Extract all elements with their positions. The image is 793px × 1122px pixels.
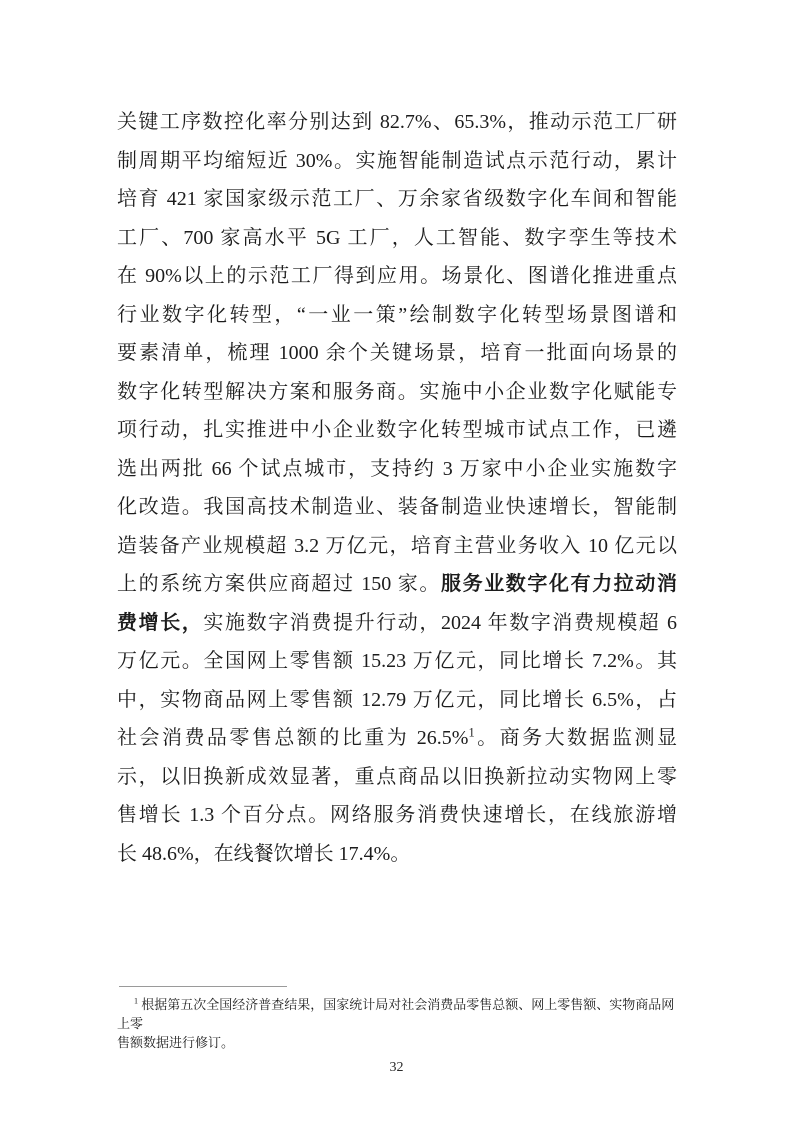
footnote: 1 根据第五次全国经济普查结果，国家统计局对社会消费品零售总额、网上零售额、实物… [117,995,677,1052]
text-segment: 培育 421 家国家级示范工厂、万余家省级数字化车间和智能 [117,188,677,210]
body-text-line: 化改造。我国高技术制造业、装备制造业快速增长，智能制 [117,488,677,527]
text-segment: 实施数字消费提升行动，2024 年数字消费规模超 6 [203,612,677,634]
body-text-line: 售增长 1.3 个百分点。网络服务消费快速增长，在线旅游增 [117,796,677,835]
body-text-line: 制周期平均缩短近 30%。实施智能制造试点示范行动，累计 [117,142,677,181]
footnote-line: 1 根据第五次全国经济普查结果，国家统计局对社会消费品零售总额、网上零售额、实物… [117,995,677,1033]
body-text-line: 要素清单，梳理 1000 余个关键场景，培育一批面向场景的 [117,334,677,373]
text-segment: 售额数据进行修订。 [117,1035,234,1050]
text-segment: 上的系统方案供应商超过 150 家。 [117,573,441,595]
footnote-separator [119,986,287,987]
body-text-line: 选出两批 66 个试点城市，支持约 3 万家中小企业实施数字 [117,450,677,489]
text-segment: 社会消费品零售总额的比重为 26.5% [117,727,468,749]
text-segment: 关键工序数控化率分别达到 82.7%、65.3%，推动示范工厂研 [117,111,677,133]
text-segment: 选出两批 66 个试点城市，支持约 3 万家中小企业实施数字 [117,458,677,480]
body-text: 关键工序数控化率分别达到 82.7%、65.3%，推动示范工厂研制周期平均缩短近… [117,103,677,873]
text-segment: 项行动，扎实推进中小企业数字化转型城市试点工作，已遴 [117,419,677,441]
body-text-line: 行业数字化转型，“一业一策”绘制数字化转型场景图谱和 [117,296,677,335]
body-text-line: 数字化转型解决方案和服务商。实施中小企业数字化赋能专 [117,373,677,412]
bold-emphasis-text: 服务业数字化有力拉动消 [441,573,677,595]
body-text-line: 项行动，扎实推进中小企业数字化转型城市试点工作，已遴 [117,411,677,450]
text-segment: 售增长 1.3 个百分点。网络服务消费快速增长，在线旅游增 [117,804,677,826]
body-text-line: 上的系统方案供应商超过 150 家。服务业数字化有力拉动消 [117,565,677,604]
text-segment: 万亿元。全国网上零售额 15.23 万亿元，同比增长 7.2%。其 [117,650,677,672]
bold-emphasis-text: 费增长， [117,612,203,634]
text-segment: 示，以旧换新成效显著，重点商品以旧换新拉动实物网上零 [117,766,677,788]
body-text-line: 社会消费品零售总额的比重为 26.5%1。商务大数据监测显 [117,719,677,758]
body-text-line: 费增长，实施数字消费提升行动，2024 年数字消费规模超 6 [117,604,677,643]
document-page: 关键工序数控化率分别达到 82.7%、65.3%，推动示范工厂研制周期平均缩短近… [0,0,793,1122]
text-segment: 在 90%以上的示范工厂得到应用。场景化、图谱化推进重点 [117,265,677,287]
body-text-line: 工厂、700 家高水平 5G 工厂，人工智能、数字孪生等技术 [117,219,677,258]
text-segment: 工厂、700 家高水平 5G 工厂，人工智能、数字孪生等技术 [117,227,677,249]
body-text-line: 示，以旧换新成效显著，重点商品以旧换新拉动实物网上零 [117,758,677,797]
text-segment: 行业数字化转型，“一业一策”绘制数字化转型场景图谱和 [117,304,677,326]
body-text-line: 在 90%以上的示范工厂得到应用。场景化、图谱化推进重点 [117,257,677,296]
text-segment: 数字化转型解决方案和服务商。实施中小企业数字化赋能专 [117,381,677,403]
text-segment: 长 48.6%，在线餐饮增长 17.4%。 [117,843,410,865]
text-segment: 中，实物商品网上零售额 12.79 万亿元，同比增长 6.5%，占 [117,689,677,711]
body-text-line: 万亿元。全国网上零售额 15.23 万亿元，同比增长 7.2%。其 [117,642,677,681]
body-text-line: 造装备产业规模超 3.2 万亿元，培育主营业务收入 10 亿元以 [117,527,677,566]
text-segment: 化改造。我国高技术制造业、装备制造业快速增长，智能制 [117,496,677,518]
body-text-line: 中，实物商品网上零售额 12.79 万亿元，同比增长 6.5%，占 [117,681,677,720]
footnote-line: 售额数据进行修订。 [117,1033,677,1052]
text-segment: 。商务大数据监测显 [475,727,677,749]
text-segment: 制周期平均缩短近 30%。实施智能制造试点示范行动，累计 [117,150,677,172]
body-text-line: 长 48.6%，在线餐饮增长 17.4%。 [117,835,677,874]
text-segment: 造装备产业规模超 3.2 万亿元，培育主营业务收入 10 亿元以 [117,535,677,557]
page-number: 32 [0,1058,793,1078]
body-text-line: 培育 421 家国家级示范工厂、万余家省级数字化车间和智能 [117,180,677,219]
text-segment: 要素清单，梳理 1000 余个关键场景，培育一批面向场景的 [117,342,677,364]
body-text-line: 关键工序数控化率分别达到 82.7%、65.3%，推动示范工厂研 [117,103,677,142]
text-segment: 根据第五次全国经济普查结果，国家统计局对社会消费品零售总额、网上零售额、实物商品… [117,997,674,1031]
